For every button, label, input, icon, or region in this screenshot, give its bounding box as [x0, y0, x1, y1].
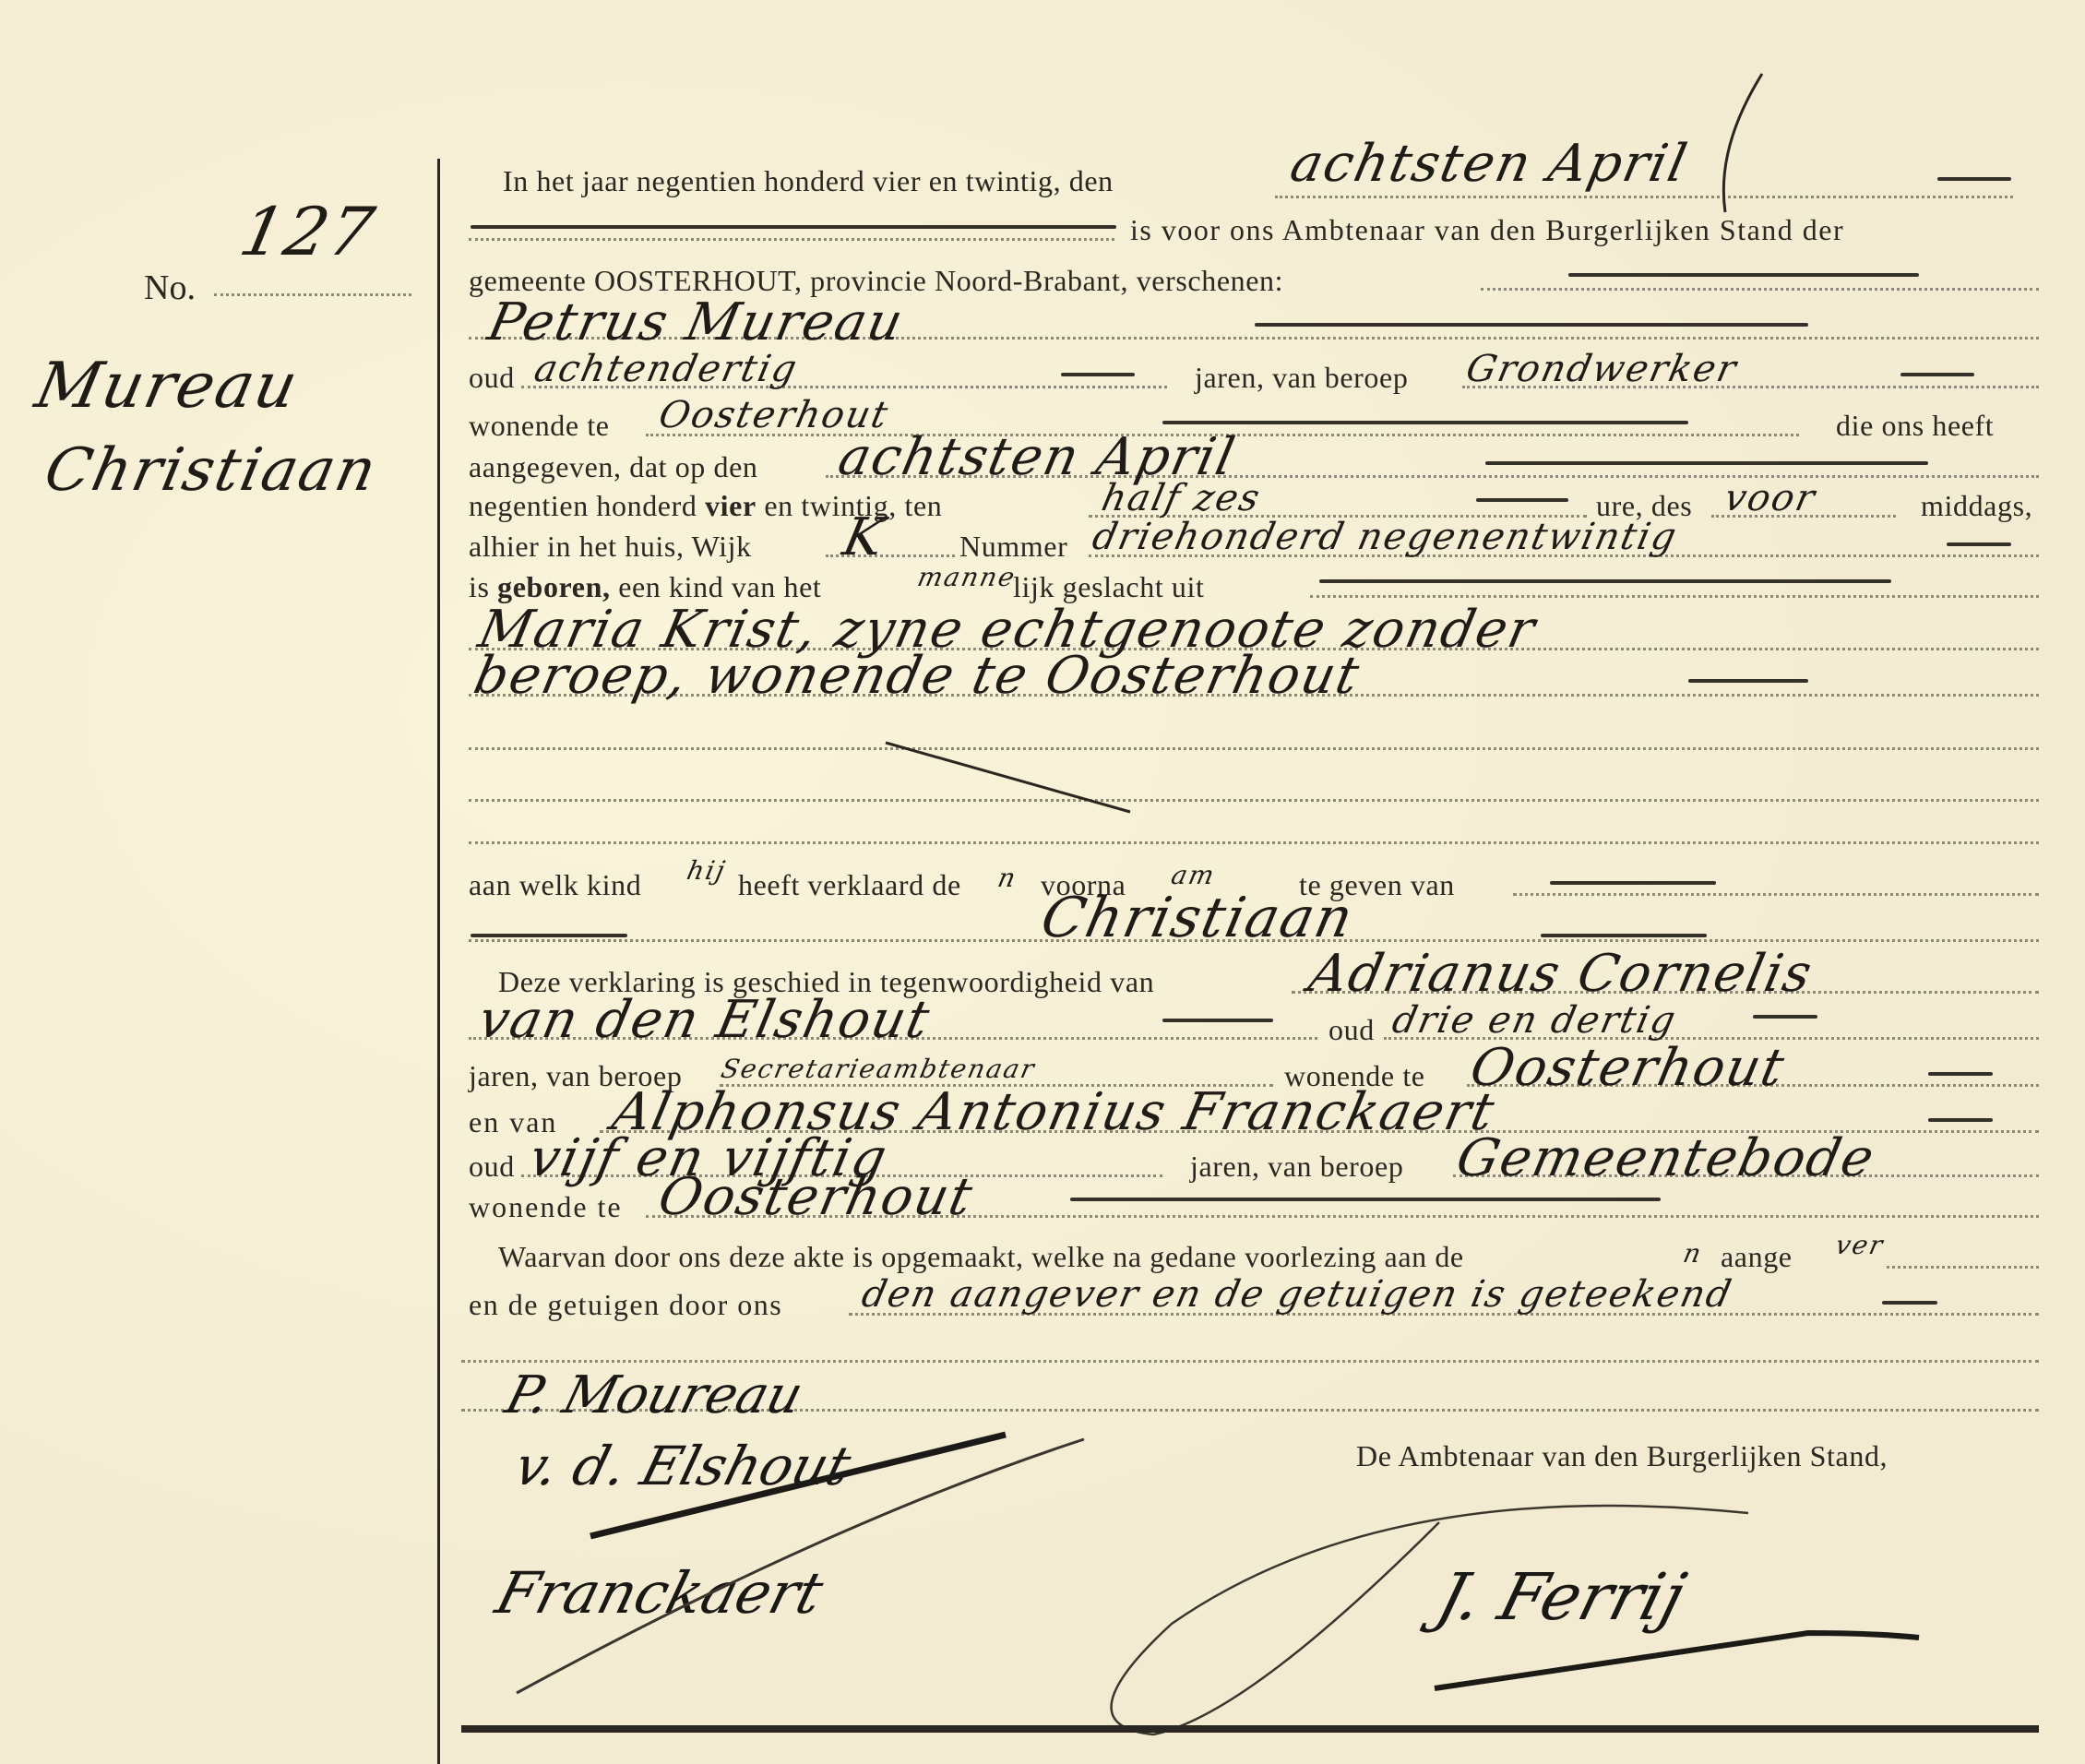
section-end-rule: [461, 1725, 2039, 1733]
signature-flourishes: [0, 0, 2085, 1764]
